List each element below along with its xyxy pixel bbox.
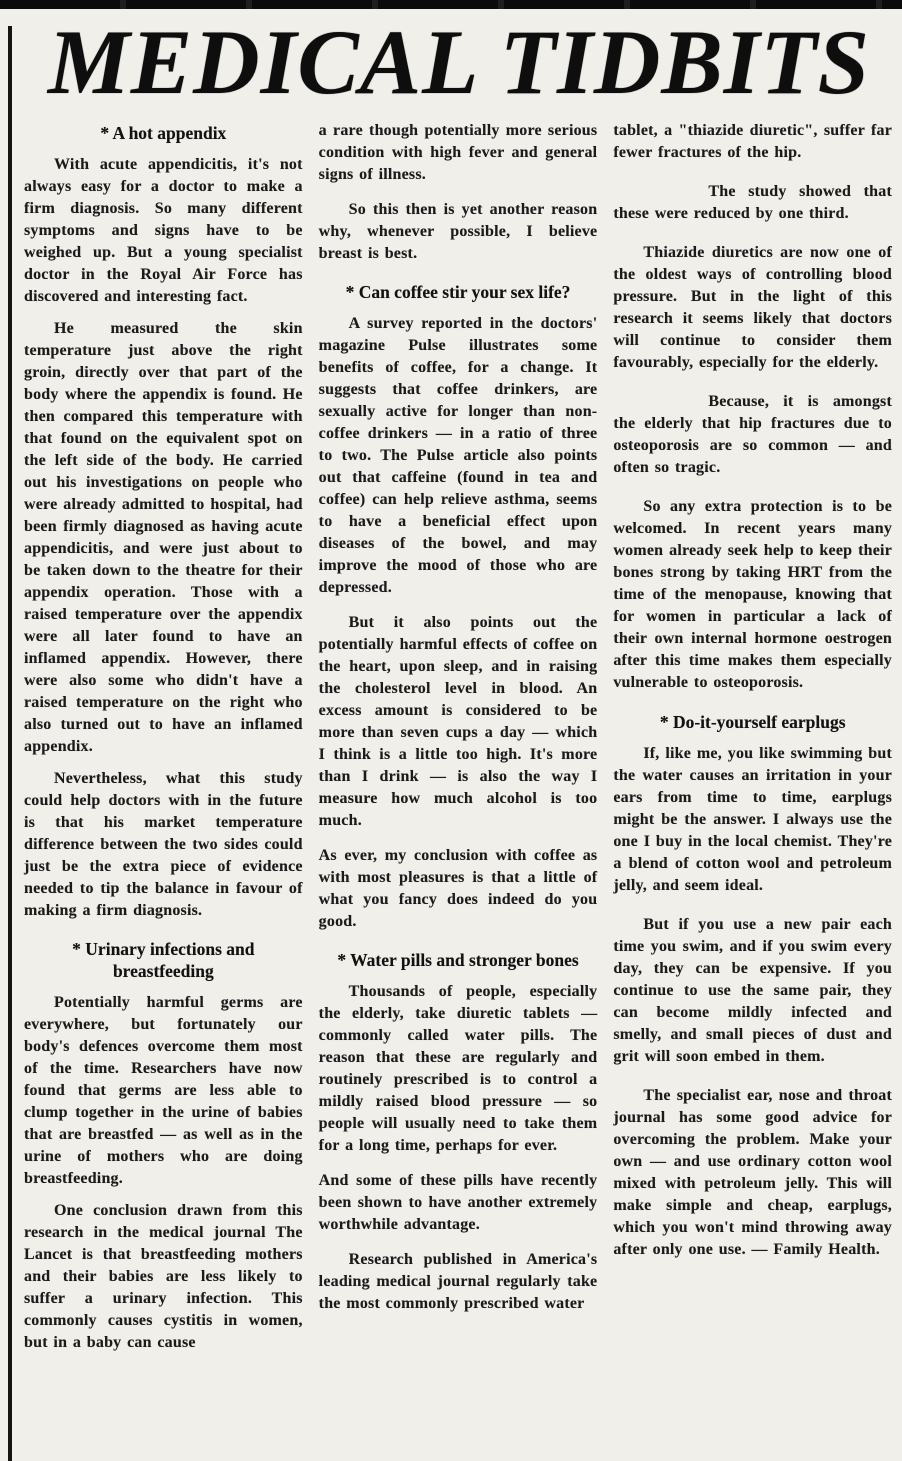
article-paragraph: But if you use a new pair each time you … <box>613 914 892 1068</box>
article-paragraph: As ever, my conclusion with coffee as wi… <box>319 845 598 933</box>
article-columns: * A hot appendixWith acute appendicitis,… <box>0 112 902 1364</box>
article-paragraph: So any extra protection is to be welcome… <box>613 496 892 694</box>
top-rule <box>0 0 902 9</box>
masthead-title: MEDICAL TIDBITS <box>48 16 898 110</box>
section-heading: * Water pills and stronger bones <box>319 949 598 971</box>
column-2: a rare though potentially more serious c… <box>319 120 598 1364</box>
article-paragraph: Thiazide diuretics are now one of the ol… <box>613 242 892 374</box>
article-paragraph: And some of these pills have recently be… <box>319 1170 598 1236</box>
article-paragraph: Potentially harmful germs are everywhere… <box>24 992 303 1190</box>
article-paragraph: He measured the skin temperature just ab… <box>24 318 303 758</box>
article-paragraph: The study showed that these were reduced… <box>613 181 892 225</box>
article-paragraph: A survey reported in the doctors' magazi… <box>319 313 598 599</box>
masthead: MEDICAL TIDBITS <box>0 0 902 112</box>
left-rule <box>8 26 12 1461</box>
article-paragraph: With acute appendicitis, it's not always… <box>24 154 303 308</box>
article-paragraph: One conclusion drawn from this research … <box>24 1200 303 1354</box>
article-paragraph: Nevertheless, what this study could help… <box>24 768 303 922</box>
article-paragraph: tablet, a "thiazide diuretic", suffer fa… <box>613 120 892 164</box>
article-paragraph: Research published in America's leading … <box>319 1249 598 1315</box>
column-3: tablet, a "thiazide diuretic", suffer fa… <box>613 120 892 1364</box>
article-paragraph: If, like me, you like swimming but the w… <box>613 743 892 897</box>
article-paragraph: The specialist ear, nose and throat jour… <box>613 1085 892 1261</box>
column-1: * A hot appendixWith acute appendicitis,… <box>24 120 303 1364</box>
section-heading: * Urinary infections and breastfeeding <box>24 938 303 982</box>
article-paragraph: So this then is yet another reason why, … <box>319 199 598 265</box>
article-paragraph: But it also points out the potentially h… <box>319 612 598 832</box>
section-heading: * Can coffee stir your sex life? <box>319 281 598 303</box>
section-heading: * Do-it-yourself earplugs <box>613 711 892 733</box>
article-paragraph: Thousands of people, especially the elde… <box>319 981 598 1157</box>
section-heading: * A hot appendix <box>24 122 303 144</box>
article-paragraph: Because, it is amongst the elderly that … <box>613 391 892 479</box>
article-paragraph: a rare though potentially more serious c… <box>319 120 598 186</box>
